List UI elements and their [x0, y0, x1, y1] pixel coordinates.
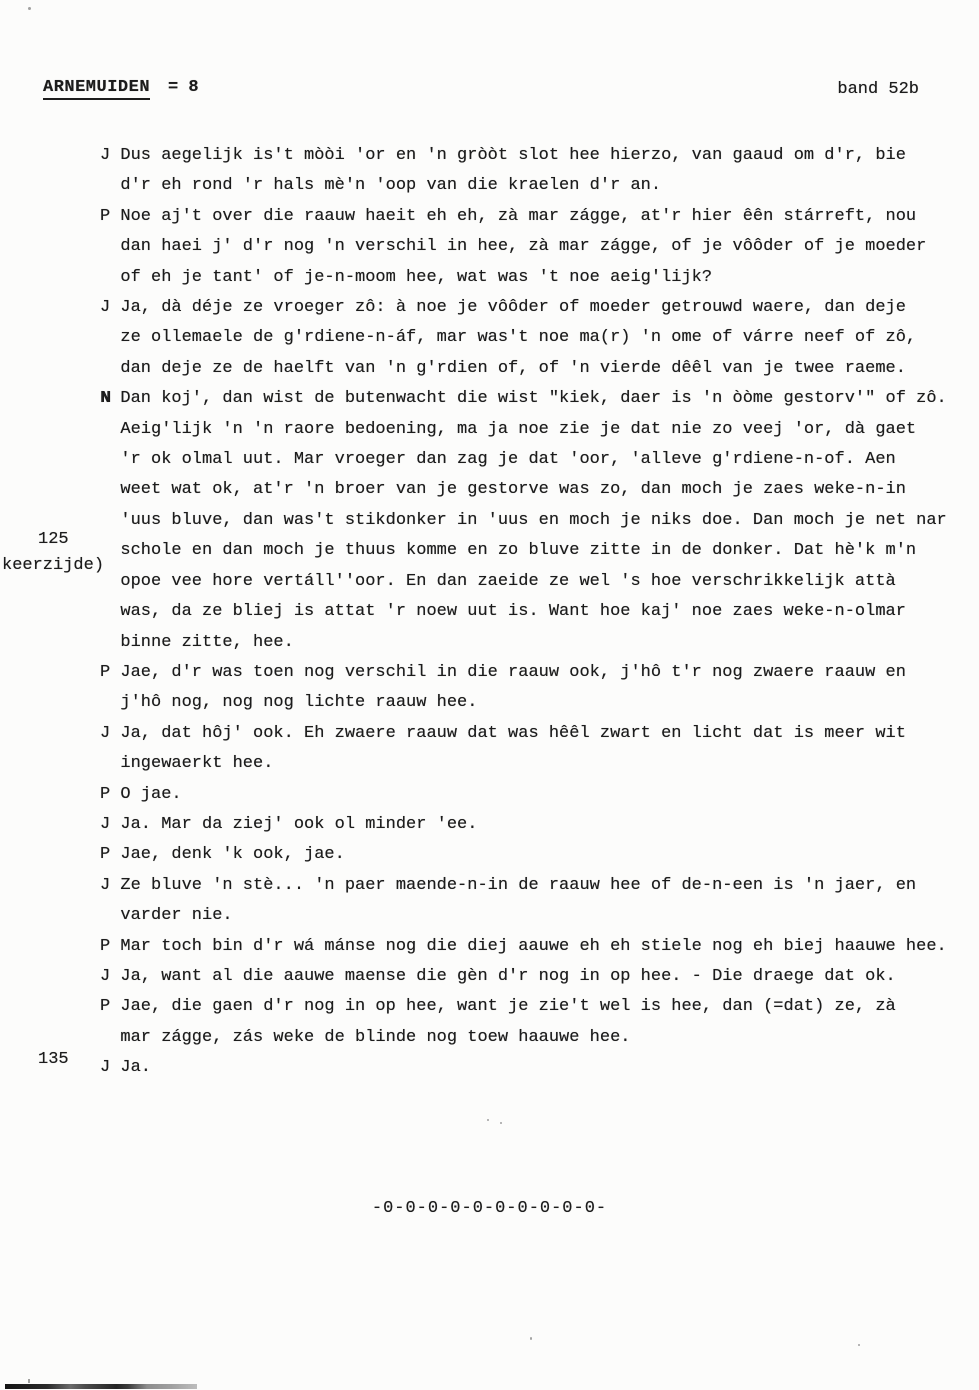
- transcript-line: Noe aj't over die raauw haeit eh eh, zà …: [120, 202, 975, 232]
- dialogue-paragraph: PJae, denk 'k ook, jae.: [100, 840, 975, 870]
- transcript-line: Ja, dà déje ze vroeger zô: à noe je vôôd…: [120, 293, 975, 323]
- paragraph-lines: Ja, dà déje ze vroeger zô: à noe je vôôd…: [120, 293, 975, 384]
- transcript: JDus aegelijk is't mòòi 'or en 'n gròòt …: [100, 141, 975, 1084]
- paragraph-lines: Mar toch bin d'r wá mánse nog die diej a…: [120, 932, 975, 962]
- paragraph-lines: Ja, dat hôj' ook. Eh zwaere raauw dat wa…: [120, 719, 975, 780]
- transcript-line: 'r ok olmal uut. Mar vroeger dan zag je …: [120, 445, 975, 475]
- speaker-label: N: [100, 384, 120, 414]
- scan-speck: [487, 1119, 489, 1121]
- transcript-line: ingewaerkt hee.: [120, 749, 975, 779]
- dialogue-paragraph: PJae, die gaen d'r nog in op hee, want j…: [100, 992, 975, 1053]
- transcript-line: weet wat ok, at'r 'n broer van je gestor…: [120, 475, 975, 505]
- paragraph-lines: Ja. Mar da ziej' ook ol minder 'ee.: [120, 810, 975, 840]
- speaker-label: P: [100, 202, 120, 232]
- transcript-line: Ja, dat hôj' ook. Eh zwaere raauw dat wa…: [120, 719, 975, 749]
- speaker-label: P: [100, 840, 120, 870]
- speaker-label: J: [100, 1053, 120, 1083]
- dialogue-paragraph: PMar toch bin d'r wá mánse nog die diej …: [100, 932, 975, 962]
- end-separator: -0-0-0-0-0-0-0-0-0-0-: [0, 1199, 979, 1218]
- transcript-line: O jae.: [120, 780, 975, 810]
- dialogue-paragraph: JDus aegelijk is't mòòi 'or en 'n gròòt …: [100, 141, 975, 202]
- transcript-line: Ja.: [120, 1053, 975, 1083]
- paragraph-lines: Noe aj't over die raauw haeit eh eh, zà …: [120, 202, 975, 293]
- paragraph-lines: Jae, die gaen d'r nog in op hee, want je…: [120, 992, 975, 1053]
- paragraph-lines: Jae, denk 'k ook, jae.: [120, 840, 975, 870]
- paragraph-lines: Ja, want al die aauwe maense die gèn d'r…: [120, 962, 975, 992]
- transcript-line: Mar toch bin d'r wá mánse nog die diej a…: [120, 932, 975, 962]
- page-title: ARNEMUIDEN: [43, 78, 150, 100]
- transcript-line: binne zitte, hee.: [120, 628, 975, 658]
- paragraph-lines: O jae.: [120, 780, 975, 810]
- dialogue-paragraph: PO jae.: [100, 780, 975, 810]
- dialogue-paragraph: PNoe aj't over die raauw haeit eh eh, zà…: [100, 202, 975, 293]
- transcript-line: Dan koj', dan wist de butenwacht die wis…: [120, 384, 975, 414]
- speaker-label: J: [100, 293, 120, 323]
- speaker-label: J: [100, 719, 120, 749]
- speaker-label: P: [100, 932, 120, 962]
- transcript-line: mar zágge, zás weke de blinde nog toew h…: [120, 1023, 975, 1053]
- dialogue-paragraph: NDan koj', dan wist de butenwacht die wi…: [100, 384, 975, 658]
- dialogue-paragraph: JJa.: [100, 1053, 975, 1083]
- transcript-line: was, da ze bliej is attat 'r noew uut is…: [120, 597, 975, 627]
- transcript-line: ze ollemaele de g'rdiene-n-áf, mar was't…: [120, 323, 975, 353]
- transcript-line: opoe vee hore vertáll''oor. En dan zaeid…: [120, 567, 975, 597]
- dialogue-paragraph: JJa, dat hôj' ook. Eh zwaere raauw dat w…: [100, 719, 975, 780]
- scan-artifact-bar: [5, 1384, 197, 1389]
- speaker-label: J: [100, 141, 120, 171]
- dialogue-paragraph: JJa, dà déje ze vroeger zô: à noe je vôô…: [100, 293, 975, 384]
- paragraph-lines: Jae, d'r was toen nog verschil in die ra…: [120, 658, 975, 719]
- transcript-line: 'uus bluve, dan was't stikdonker in 'uus…: [120, 506, 975, 536]
- band-label: band 52b: [837, 80, 919, 99]
- transcript-line: Ze bluve 'n stè... 'n paer maende-n-in d…: [120, 871, 975, 901]
- paragraph-lines: Ja.: [120, 1053, 975, 1083]
- transcript-line: d'r eh rond 'r hals mè'n 'oop van die kr…: [120, 171, 975, 201]
- margin-note-135: 135: [38, 1048, 69, 1072]
- dialogue-paragraph: PJae, d'r was toen nog verschil in die r…: [100, 658, 975, 719]
- dialogue-paragraph: JJa, want al die aauwe maense die gèn d'…: [100, 962, 975, 992]
- scan-speck: [500, 1122, 502, 1124]
- transcript-line: Jae, denk 'k ook, jae.: [120, 840, 975, 870]
- speaker-label: P: [100, 992, 120, 1022]
- transcript-line: Aeig'lijk 'n 'n raore bedoening, ma ja n…: [120, 415, 975, 445]
- scan-speck: [28, 7, 31, 10]
- margin-note-125: 125: [38, 528, 69, 552]
- speaker-label: P: [100, 658, 120, 688]
- margin-note-keerzijde: keerzijde): [2, 554, 104, 578]
- document-page: ARNEMUIDEN = 8 band 52b JDus aegelijk is…: [0, 0, 979, 1390]
- transcript-line: Jae, die gaen d'r nog in op hee, want je…: [120, 992, 975, 1022]
- scan-speck: [858, 1344, 860, 1346]
- scan-speck: [28, 1379, 30, 1383]
- transcript-line: Dus aegelijk is't mòòi 'or en 'n gròòt s…: [120, 141, 975, 171]
- transcript-line: dan haei j' d'r nog 'n verschil in hee, …: [120, 232, 975, 262]
- speaker-label: J: [100, 810, 120, 840]
- transcript-line: of eh je tant' of je-n-moom hee, wat was…: [120, 263, 975, 293]
- paragraph-lines: Dus aegelijk is't mòòi 'or en 'n gròòt s…: [120, 141, 975, 202]
- paragraph-lines: Ze bluve 'n stè... 'n paer maende-n-in d…: [120, 871, 975, 932]
- scan-speck: [530, 1337, 532, 1340]
- speaker-label: P: [100, 780, 120, 810]
- transcript-line: dan deje ze de haelft van 'n g'rdien of,…: [120, 354, 975, 384]
- dialogue-paragraph: JZe bluve 'n stè... 'n paer maende-n-in …: [100, 871, 975, 932]
- transcript-line: Jae, d'r was toen nog verschil in die ra…: [120, 658, 975, 688]
- dialogue-paragraph: JJa. Mar da ziej' ook ol minder 'ee.: [100, 810, 975, 840]
- transcript-line: j'hô nog, nog nog lichte raauw hee.: [120, 688, 975, 718]
- page-header: ARNEMUIDEN = 8 band 52b: [0, 78, 979, 102]
- page-number: = 8: [168, 78, 199, 97]
- speaker-label: J: [100, 871, 120, 901]
- transcript-line: varder nie.: [120, 901, 975, 931]
- transcript-line: Ja. Mar da ziej' ook ol minder 'ee.: [120, 810, 975, 840]
- paragraph-lines: Dan koj', dan wist de butenwacht die wis…: [120, 384, 975, 658]
- transcript-line: schole en dan moch je thuus komme en zo …: [120, 536, 975, 566]
- speaker-label: J: [100, 962, 120, 992]
- transcript-line: Ja, want al die aauwe maense die gèn d'r…: [120, 962, 975, 992]
